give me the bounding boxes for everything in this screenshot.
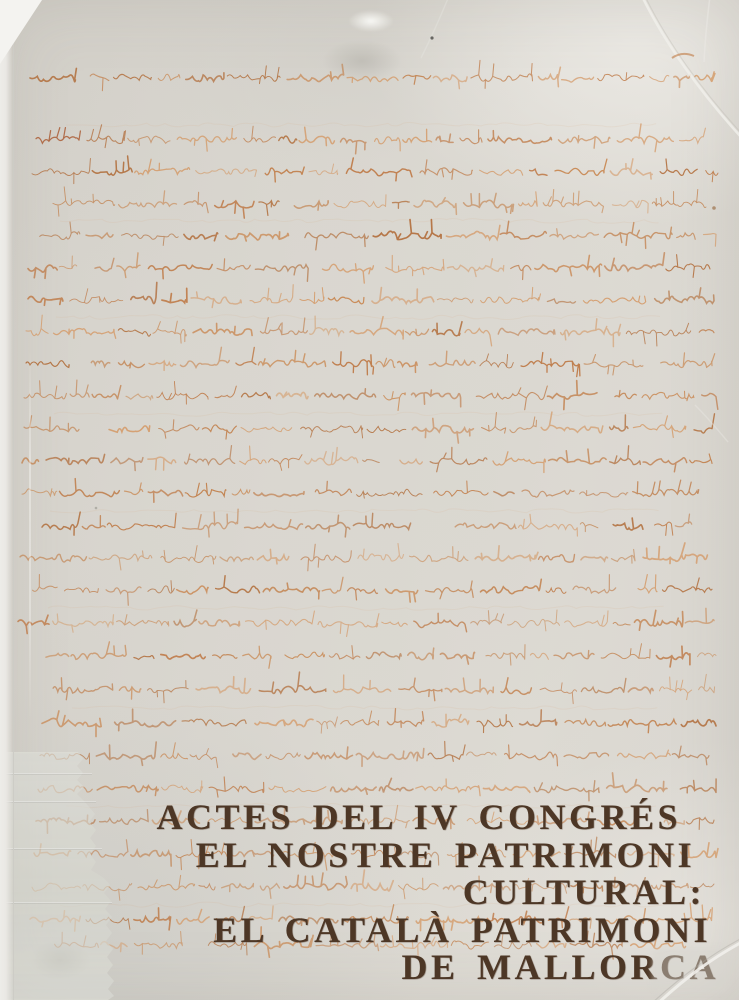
scuff-mark [348, 10, 394, 32]
title-line: DE MALLORCA [0, 949, 739, 987]
title-line: CULTURAL: [0, 874, 739, 912]
vertical-crease [29, 350, 31, 720]
page-left-edge [0, 0, 14, 1000]
title-line: EL CATALÀ PATRIMONI [0, 912, 739, 950]
title-block: ACTES DEL IV CONGRÉS EL NOSTRE PATRIMONI… [0, 799, 739, 987]
title-line: EL NOSTRE PATRIMONI [0, 837, 739, 875]
book-cover-photo: ACTES DEL IV CONGRÉS EL NOSTRE PATRIMONI… [0, 0, 739, 1000]
stain-smudge [322, 40, 402, 82]
title-line: ACTES DEL IV CONGRÉS [0, 799, 739, 837]
faded-print-patch [652, 948, 730, 992]
